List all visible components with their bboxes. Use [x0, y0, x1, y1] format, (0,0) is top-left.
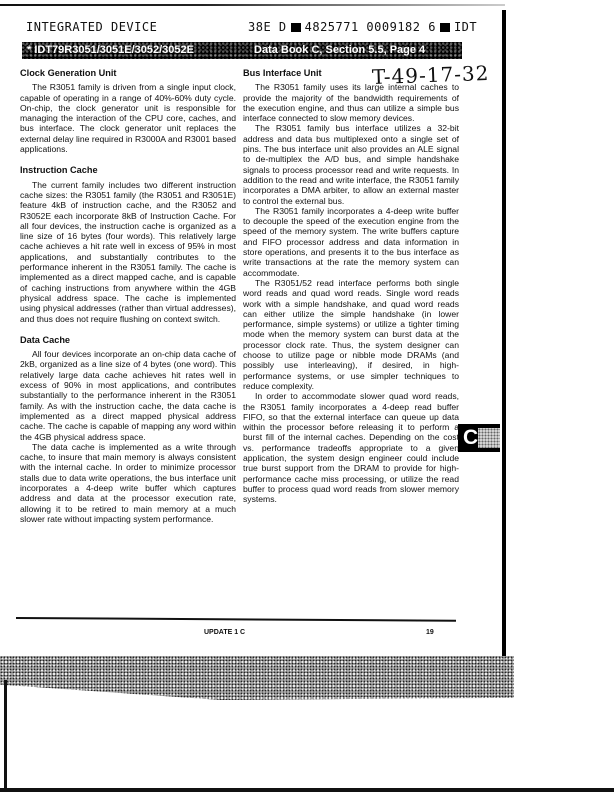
fax-code-number: 4825771 0009182 6 [305, 20, 436, 34]
top-scan-rule [0, 4, 505, 6]
banner-part-numbers: * IDT79R3051/3051E/3052/3052E [27, 44, 194, 56]
fax-code: 38E D4825771 0009182 6IDT [248, 20, 477, 34]
paragraph: All four devices incorporate an on-chip … [20, 349, 236, 442]
paragraph: The R3051/52 read interface performs bot… [243, 278, 459, 391]
paragraph: The R3051 family is driven from a single… [20, 82, 236, 154]
paragraph: The R3051 family bus interface utilizes … [243, 123, 459, 205]
title-banner: * IDT79R3051/3051E/3052/3052E Data Book … [22, 42, 462, 59]
fax-code-prefix: 38E D [248, 20, 287, 34]
footer-update-label: UPDATE 1 C [204, 629, 245, 636]
banner-reference: Data Book C, Section 5.5, Page 4 [254, 44, 425, 56]
section-heading: Bus Interface Unit [243, 68, 459, 78]
page-bottom-edge [0, 788, 614, 792]
paragraph: The R3051 family uses its large internal… [243, 82, 459, 123]
scan-noise-band [0, 656, 514, 700]
right-margin-rule [502, 10, 506, 580]
section-c-thumb-tab: C [458, 424, 500, 452]
paragraph: The current family includes two differen… [20, 180, 236, 324]
paragraph: In order to accommodate slower quad word… [243, 391, 459, 504]
black-square-icon [291, 23, 301, 32]
section-tab-letter: C [463, 426, 478, 450]
scan-noise [478, 428, 500, 448]
section-heading: Instruction Cache [20, 165, 236, 175]
section-heading: Clock Generation Unit [20, 68, 236, 78]
page-number: 19 [426, 629, 434, 636]
left-column: Clock Generation Unit The R3051 family i… [20, 66, 236, 524]
paragraph: The R3051 family incorporates a 4-deep w… [243, 206, 459, 278]
right-column: Bus Interface Unit The R3051 family uses… [243, 66, 459, 504]
fax-code-suffix: IDT [454, 20, 477, 34]
footer-rule [16, 617, 456, 621]
section-heading: Data Cache [20, 335, 236, 345]
paragraph: The data cache is implemented as a write… [20, 442, 236, 524]
page-left-edge [4, 680, 7, 792]
black-square-icon [440, 23, 450, 32]
fax-header: INTEGRATED DEVICE 38E D4825771 0009182 6… [26, 20, 466, 36]
fax-company: INTEGRATED DEVICE [26, 20, 157, 34]
